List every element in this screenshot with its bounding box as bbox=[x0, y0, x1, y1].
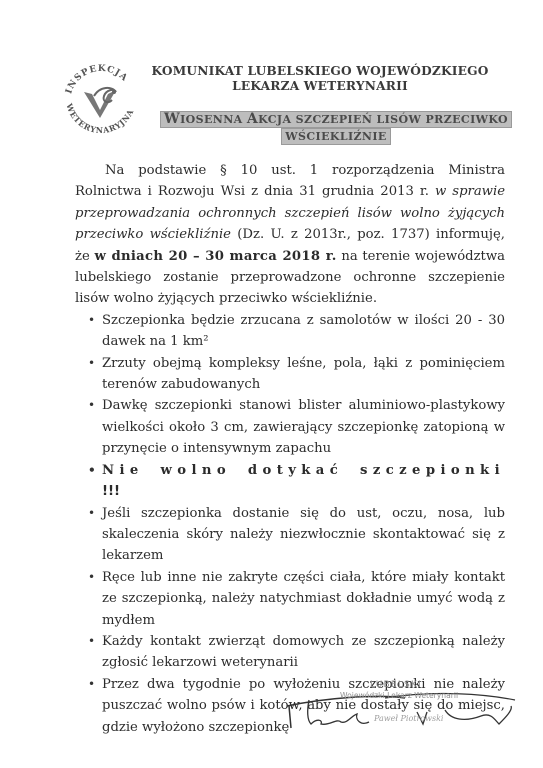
header-line-1: KOMUNIKAT LUBELSKIEGO WOJEWÓDZKIEGO bbox=[150, 64, 490, 79]
list-item: Ręce lub inne nie zakryte części ciała, … bbox=[90, 567, 505, 631]
list-item: Szczepionka będzie zrzucana z samolotów … bbox=[90, 310, 505, 353]
document-header: KOMUNIKAT LUBELSKIEGO WOJEWÓDZKIEGO LEKA… bbox=[150, 64, 490, 94]
veterinary-emblem-icon: INSPEKCJA WETERYNARYJNA bbox=[56, 56, 146, 146]
document-subtitle: WIOSENNA AKCJA SZCZEPIEŃ LISÓW PRZECIWKO… bbox=[155, 111, 517, 145]
header-line-2: LEKARZA WETERYNARII bbox=[150, 79, 490, 94]
signatory-name: Paweł Piotrowski bbox=[374, 714, 443, 723]
inspection-logo: INSPEKCJA WETERYNARYJNA bbox=[56, 56, 146, 146]
intro-paragraph: Na podstawie § 10 ust. 1 rozporządzenia … bbox=[75, 160, 505, 310]
instructions-list: Szczepionka będzie zrzucana z samolotów … bbox=[75, 310, 505, 738]
svg-text:INSPEKCJA: INSPEKCJA bbox=[64, 64, 129, 95]
list-item: Zrzuty obejmą kompleksy leśne, pola, łąk… bbox=[90, 353, 505, 396]
list-item: Jeśli szczepionka dostanie się do ust, o… bbox=[90, 503, 505, 567]
list-item: Dawkę szczepionki stanowi blister alumin… bbox=[90, 395, 505, 459]
svg-text:WETERYNARYJNA: WETERYNARYJNA bbox=[64, 101, 136, 135]
stamp-line-2: Wojewódzki Lekarz Weterynarii bbox=[340, 691, 458, 700]
document-body: Na podstawie § 10 ust. 1 rozporządzenia … bbox=[75, 160, 505, 738]
warning-item: Nie wolno dotykać szczepionki !!! bbox=[90, 460, 505, 503]
list-item: Każdy kontakt zwierząt domowych ze szcze… bbox=[90, 631, 505, 674]
stamp-line-1: LUBELSKI bbox=[370, 680, 422, 690]
